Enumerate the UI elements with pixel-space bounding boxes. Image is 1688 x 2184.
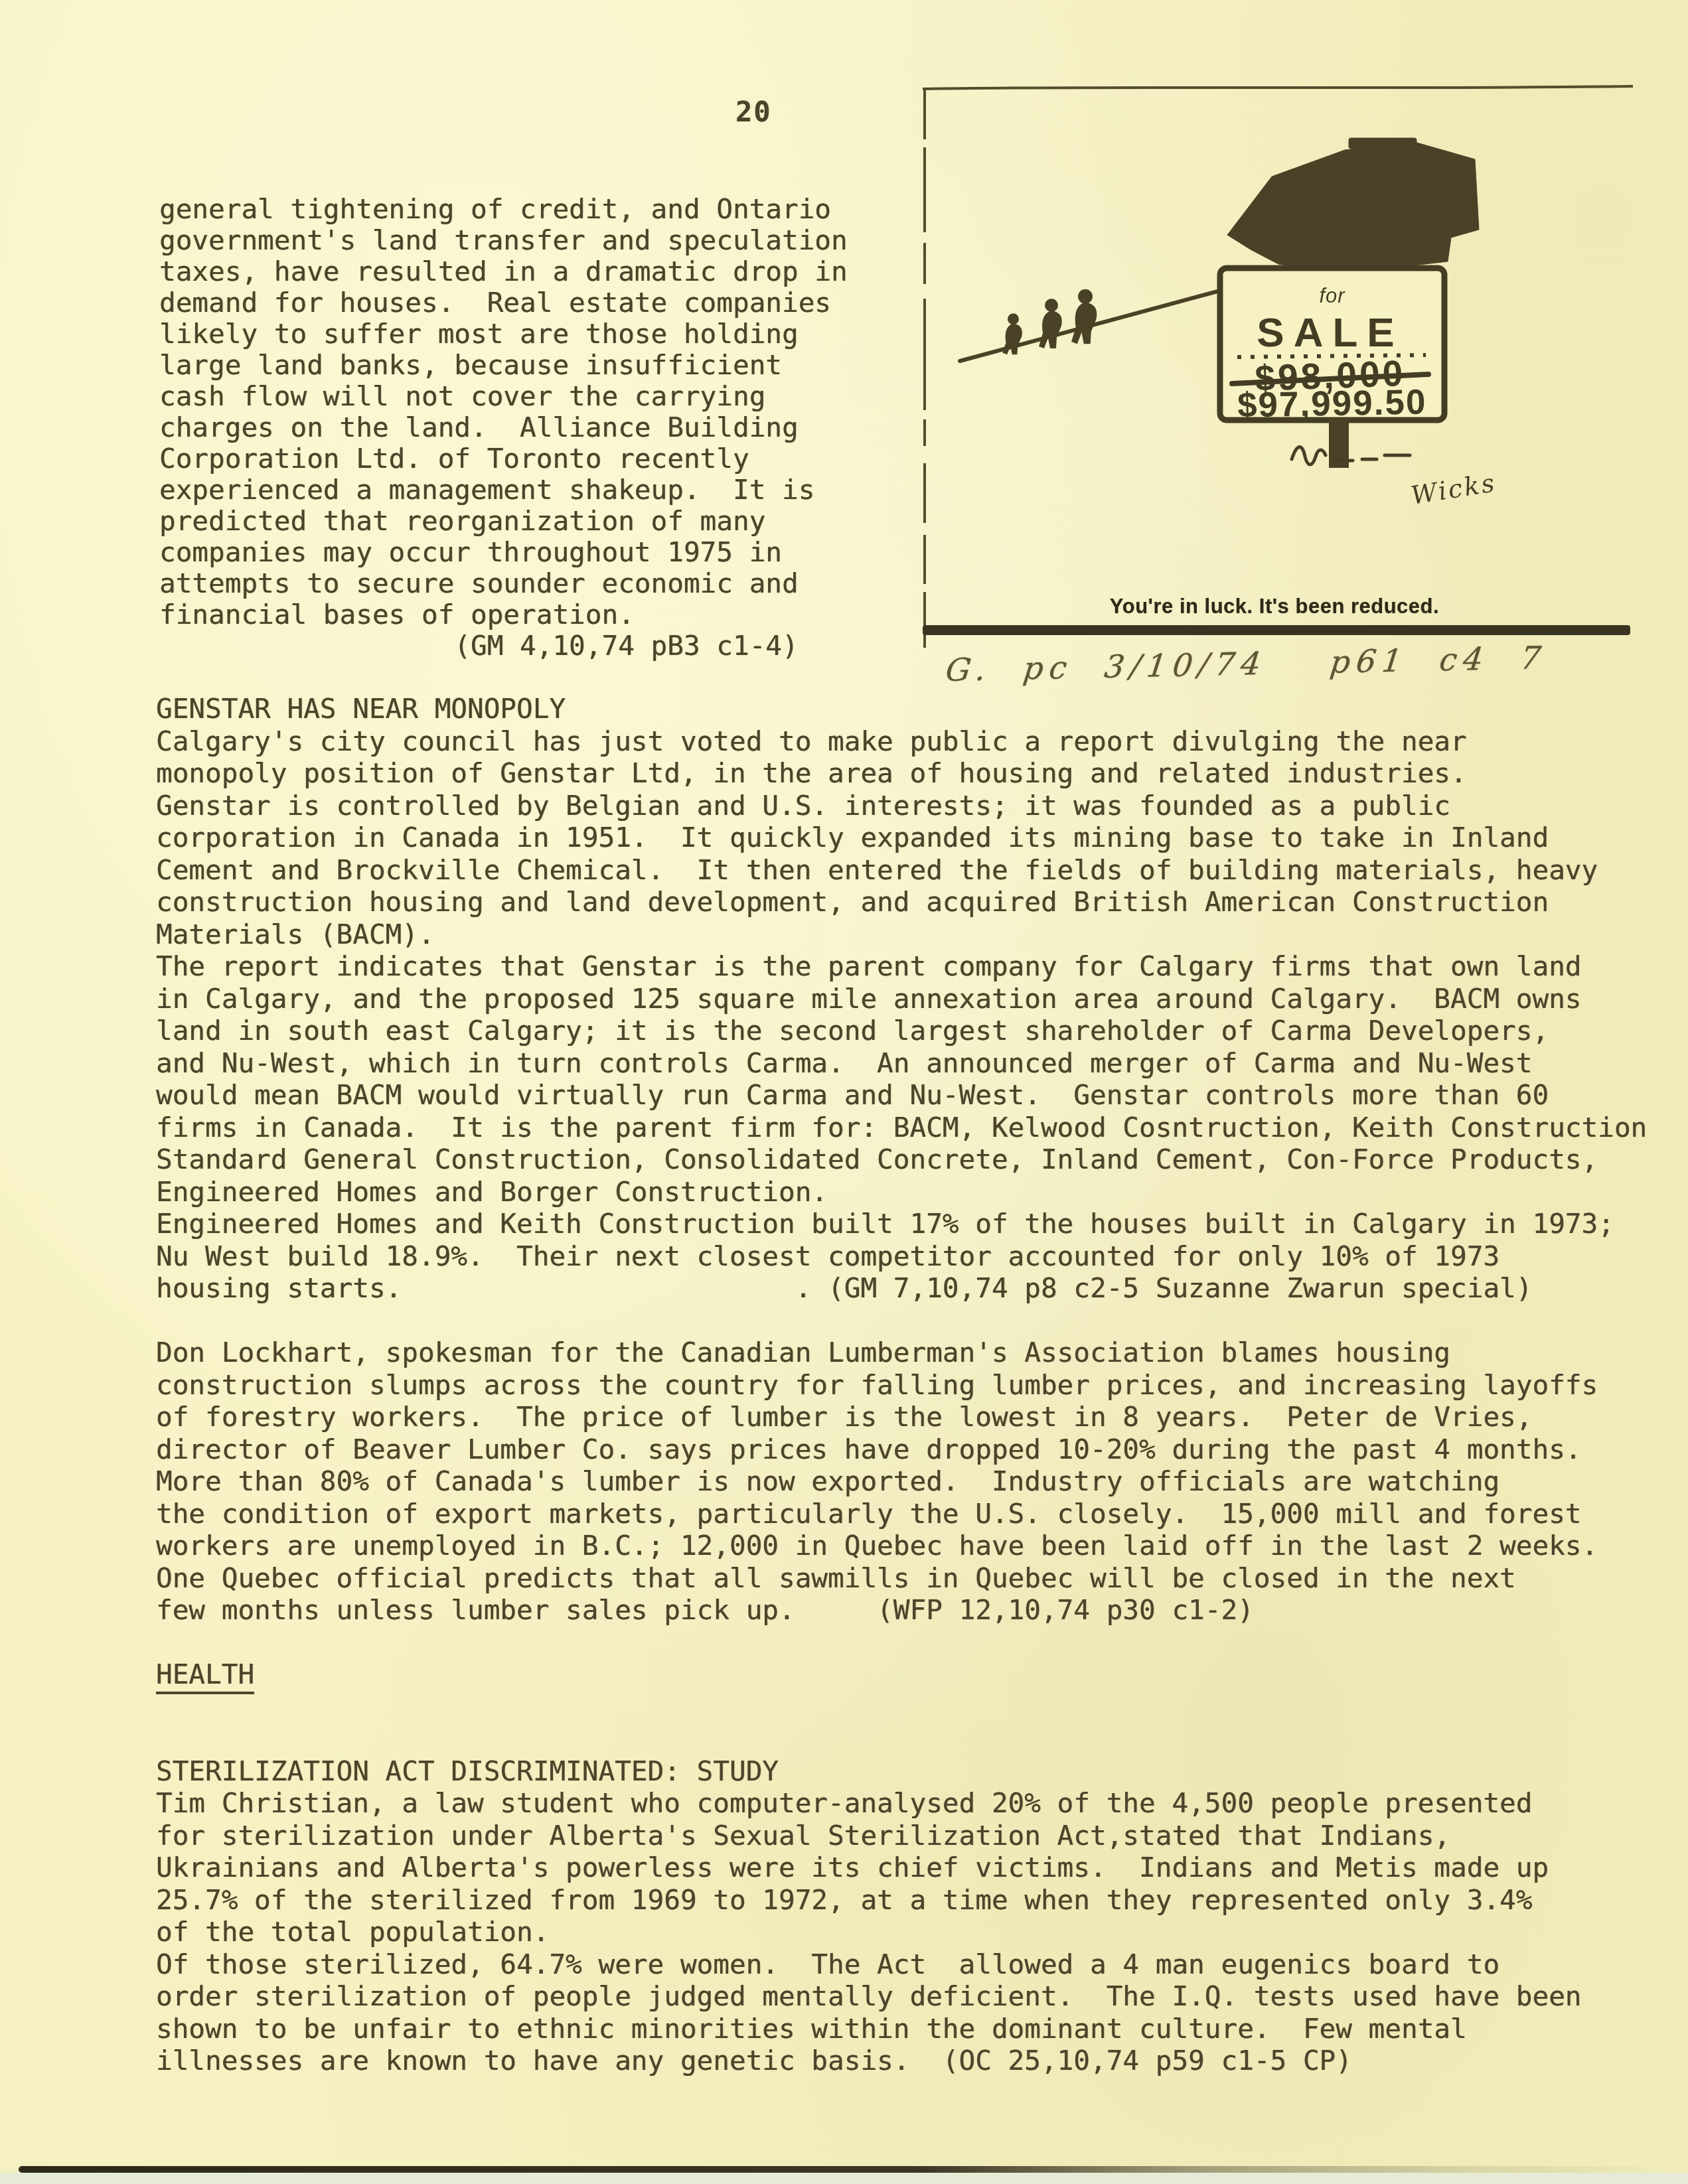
intro-text-line: companies may occur throughout 1975 in (159, 537, 943, 568)
article-text-line: shown to be unfair to ethnic minorities … (156, 2013, 1688, 2045)
intro-text-line: attempts to secure sounder economic and (159, 568, 943, 599)
article-text-line: 25.7% of the sterilized from 1969 to 197… (156, 1884, 1688, 1917)
article-text-line: illnesses are known to have any genetic … (156, 2045, 1688, 2077)
editorial-cartoon: for SALE $98,000 $97,999.50 Wicks (920, 84, 1637, 648)
article-text-line: land in south east Calgary; it is the se… (156, 1015, 1688, 1047)
intro-text-line: government's land transfer and speculati… (159, 225, 943, 256)
cartoon-caption: You're in luck. It's been reduced. (1009, 595, 1540, 619)
article-text-line: construction housing and land developmen… (156, 886, 1688, 918)
article-text-line: Tim Christian, a law student who compute… (156, 1787, 1688, 1820)
intro-text-line: demand for houses. Real estate companies (159, 287, 943, 319)
article-text-line: firms in Canada. It is the parent firm f… (156, 1112, 1688, 1144)
scanner-bed-strip (0, 2173, 1688, 2184)
article-text-line: would mean BACM would virtually run Carm… (156, 1079, 1688, 1112)
intro-text-line: charges on the land. Alliance Building (159, 412, 943, 443)
article-text-line: in Calgary, and the proposed 125 square … (156, 983, 1688, 1015)
page-number: 20 (735, 96, 772, 128)
article-text-line: housing starts. . (GM 7,10,74 p8 c2-5 Su… (156, 1272, 1688, 1305)
articles-text-flow: GENSTAR HAS NEAR MONOPOLYCalgary's city … (156, 693, 1688, 2077)
article-text-line: workers are unemployed in B.C.; 12,000 i… (156, 1530, 1688, 1562)
intro-text-line: cash flow will not cover the carrying (159, 381, 943, 412)
intro-text-line: taxes, have resulted in a dramatic drop … (159, 256, 943, 287)
intro-text-line: predicted that reorganization of many (159, 506, 943, 537)
cartoonist-signature: Wicks (1409, 468, 1499, 510)
article-text-line: Nu West build 18.9%. Their next closest … (156, 1240, 1688, 1273)
for-sale-sign: for SALE $98,000 $97,999.50 (1220, 268, 1444, 468)
intro-text-line: likely to suffer most are those holding (159, 319, 943, 350)
sign-new-price: $97,999.50 (1237, 383, 1427, 425)
scan-edge-artifact (19, 2166, 1665, 2173)
intro-text-line: financial bases of operation. (159, 599, 943, 630)
blank-line (156, 1305, 1688, 1337)
article-text-line: The report indicates that Genstar is the… (156, 950, 1688, 983)
scanned-newsletter-page: 20 general tightening of credit, and Ont… (0, 0, 1688, 2184)
blank-line (156, 1723, 1688, 1755)
section-heading: STERILIZATION ACT DISCRIMINATED: STUDY (156, 1755, 1688, 1788)
intro-text-line: Corporation Ltd. of Toronto recently (159, 443, 943, 474)
intro-text-line: (GM 4,10,74 pB3 c1-4) (159, 630, 943, 662)
article-text-line: More than 80% of Canada's lumber is now … (156, 1465, 1688, 1498)
article-text-line: Of those sterilized, 64.7% were women. T… (156, 1948, 1688, 1981)
underlined-heading-text: HEALTH (156, 1658, 254, 1694)
article-text-line: Ukrainians and Alberta's powerless were … (156, 1852, 1688, 1884)
article-text-line: few months unless lumber sales pick up. … (156, 1594, 1688, 1627)
caption-rule (923, 625, 1630, 635)
intro-text-line: large land banks, because insufficient (159, 350, 943, 381)
article-text-line: order sterilization of people judged men… (156, 1980, 1688, 2013)
article-text-line: of forestry workers. The price of lumber… (156, 1401, 1688, 1433)
article-text-line: corporation in Canada in 1951. It quickl… (156, 822, 1688, 854)
sign-word-for: for (1319, 284, 1345, 307)
article-text-line: Cement and Brockville Chemical. It then … (156, 854, 1688, 887)
intro-text-line: general tightening of credit, and Ontari… (159, 194, 943, 225)
article-text-line: Engineered Homes and Borger Construction… (156, 1176, 1688, 1208)
blank-line (156, 1691, 1688, 1723)
intro-text-line: experienced a management shakeup. It is (159, 474, 943, 506)
article-text-line: and Nu-West, which in turn controls Carm… (156, 1047, 1688, 1080)
article-text-line: Calgary's city council has just voted to… (156, 725, 1688, 758)
article-text-line: of the total population. (156, 1916, 1688, 1948)
intro-paragraph-column: general tightening of credit, and Ontari… (159, 194, 943, 662)
article-text-line: construction slumps across the country f… (156, 1369, 1688, 1402)
article-text-line: monopoly position of Genstar Ltd, in the… (156, 757, 1688, 790)
section-heading: HEALTH (156, 1658, 1688, 1691)
article-text-line: Standard General Construction, Consolida… (156, 1143, 1688, 1176)
article-text-line: for sterilization under Alberta's Sexual… (156, 1820, 1688, 1852)
article-text-line: Genstar is controlled by Belgian and U.S… (156, 790, 1688, 822)
walking-figures (1002, 289, 1097, 355)
article-text-line: Materials (BACM). (156, 918, 1688, 951)
article-text-line: the condition of export markets, particu… (156, 1498, 1688, 1530)
sign-word-sale: SALE (1257, 310, 1403, 356)
house-icon (1227, 138, 1479, 273)
article-text-line: Don Lockhart, spokesman for the Canadian… (156, 1337, 1688, 1369)
blank-line (156, 1627, 1688, 1659)
article-text-line: Engineered Homes and Keith Construction … (156, 1208, 1688, 1240)
article-text-line: One Quebec official predicts that all sa… (156, 1562, 1688, 1595)
ground-squiggle (1292, 447, 1410, 465)
section-heading: GENSTAR HAS NEAR MONOPOLY (156, 693, 1688, 725)
article-text-line: director of Beaver Lumber Co. says price… (156, 1433, 1688, 1466)
